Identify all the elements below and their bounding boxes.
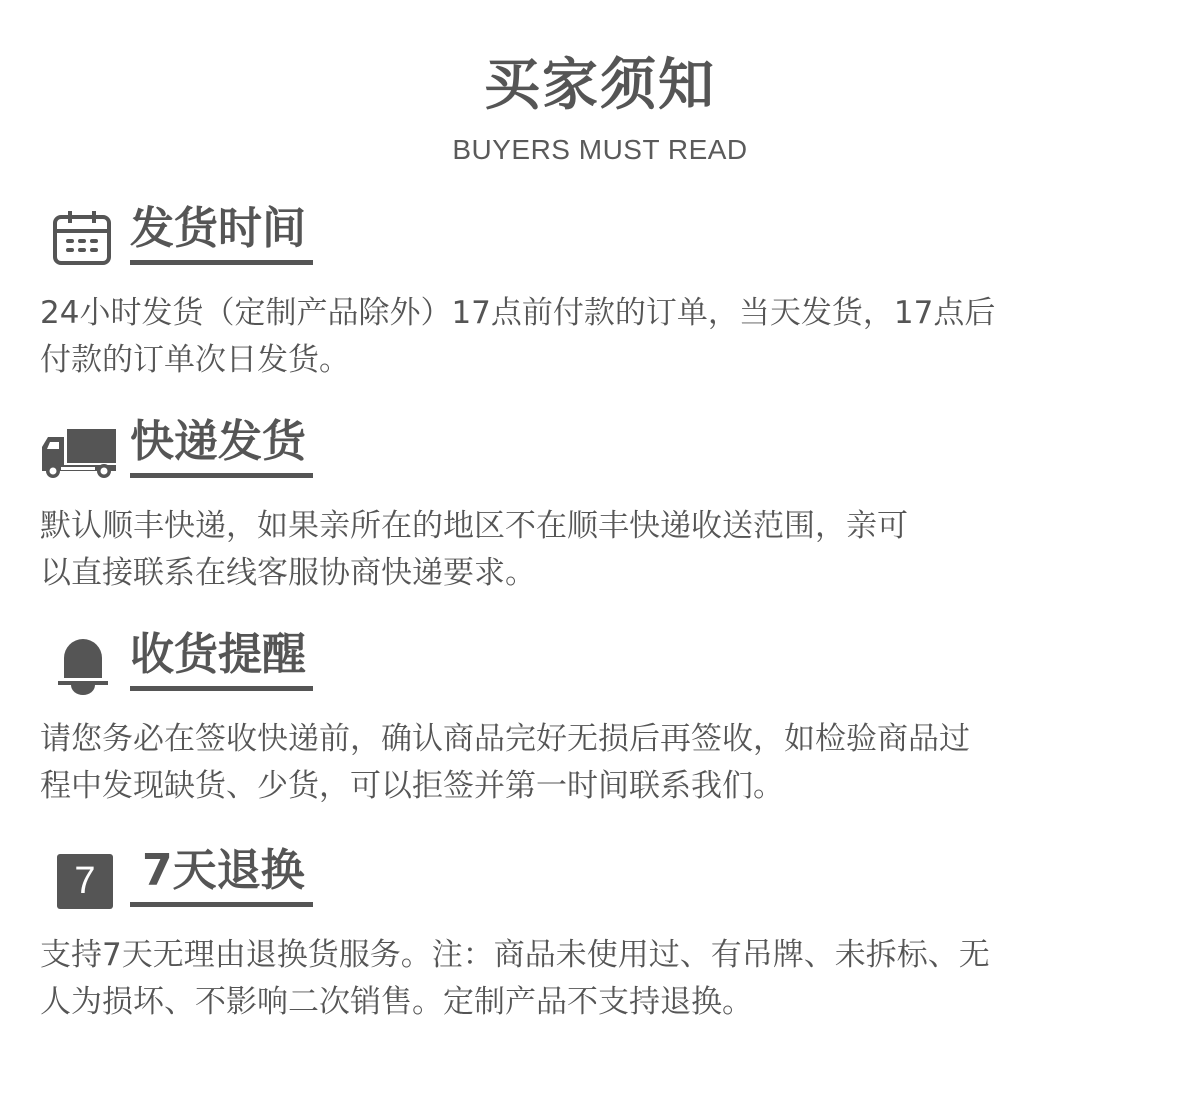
title-underline [130,902,313,907]
section-header: 7 7天退换 [0,842,1200,912]
section-body: 请您务必在签收快递前，确认商品完好无损后再签收，如检验商品过 程中发现缺货、少货… [40,716,1160,810]
section-body: 默认顺丰快递，如果亲所在的地区不在顺丰快递收送范围，亲可 以直接联系在线客服协商… [40,503,1160,597]
section-title: 发货时间 [130,200,313,258]
section-body: 支持7天无理由退换货服务。注：商品未使用过、有吊牌、未拆标、无 人为损坏、不影响… [40,932,1160,1026]
section-title: 7天退换 [130,842,313,900]
title-underline [130,686,313,691]
page-subtitle: BUYERS MUST READ [0,132,1200,168]
calendar-icon [52,210,112,266]
body-line: 请您务必在签收快递前，确认商品完好无损后再签收，如检验商品过 [40,716,1160,763]
body-line: 人为损坏、不影响二次销售。定制产品不支持退换。 [40,979,1160,1026]
section-title: 收货提醒 [130,626,313,684]
bell-icon [58,636,108,698]
truck-icon [40,427,118,479]
section-header: 发货时间 [0,200,1200,270]
title-underline [130,260,313,265]
page-title: 买家须知 [0,50,1200,122]
body-line: 以直接联系在线客服协商快递要求。 [40,550,1160,597]
body-line: 付款的订单次日发货。 [40,337,1160,384]
body-line: 程中发现缺货、少货，可以拒签并第一时间联系我们。 [40,763,1160,810]
section-body: 24小时发货（定制产品除外）17点前付款的订单，当天发货，17点后 付款的订单次… [40,290,1160,384]
body-line: 默认顺丰快递，如果亲所在的地区不在顺丰快递收送范围，亲可 [40,503,1160,550]
section-header: 快递发货 [0,413,1200,483]
title-underline [130,473,313,478]
body-line: 24小时发货（定制产品除外）17点前付款的订单，当天发货，17点后 [40,290,1160,337]
body-line: 支持7天无理由退换货服务。注：商品未使用过、有吊牌、未拆标、无 [40,932,1160,979]
section-title: 快递发货 [130,413,313,471]
seven-day-icon: 7 [57,854,113,909]
section-header: 收货提醒 [0,626,1200,696]
